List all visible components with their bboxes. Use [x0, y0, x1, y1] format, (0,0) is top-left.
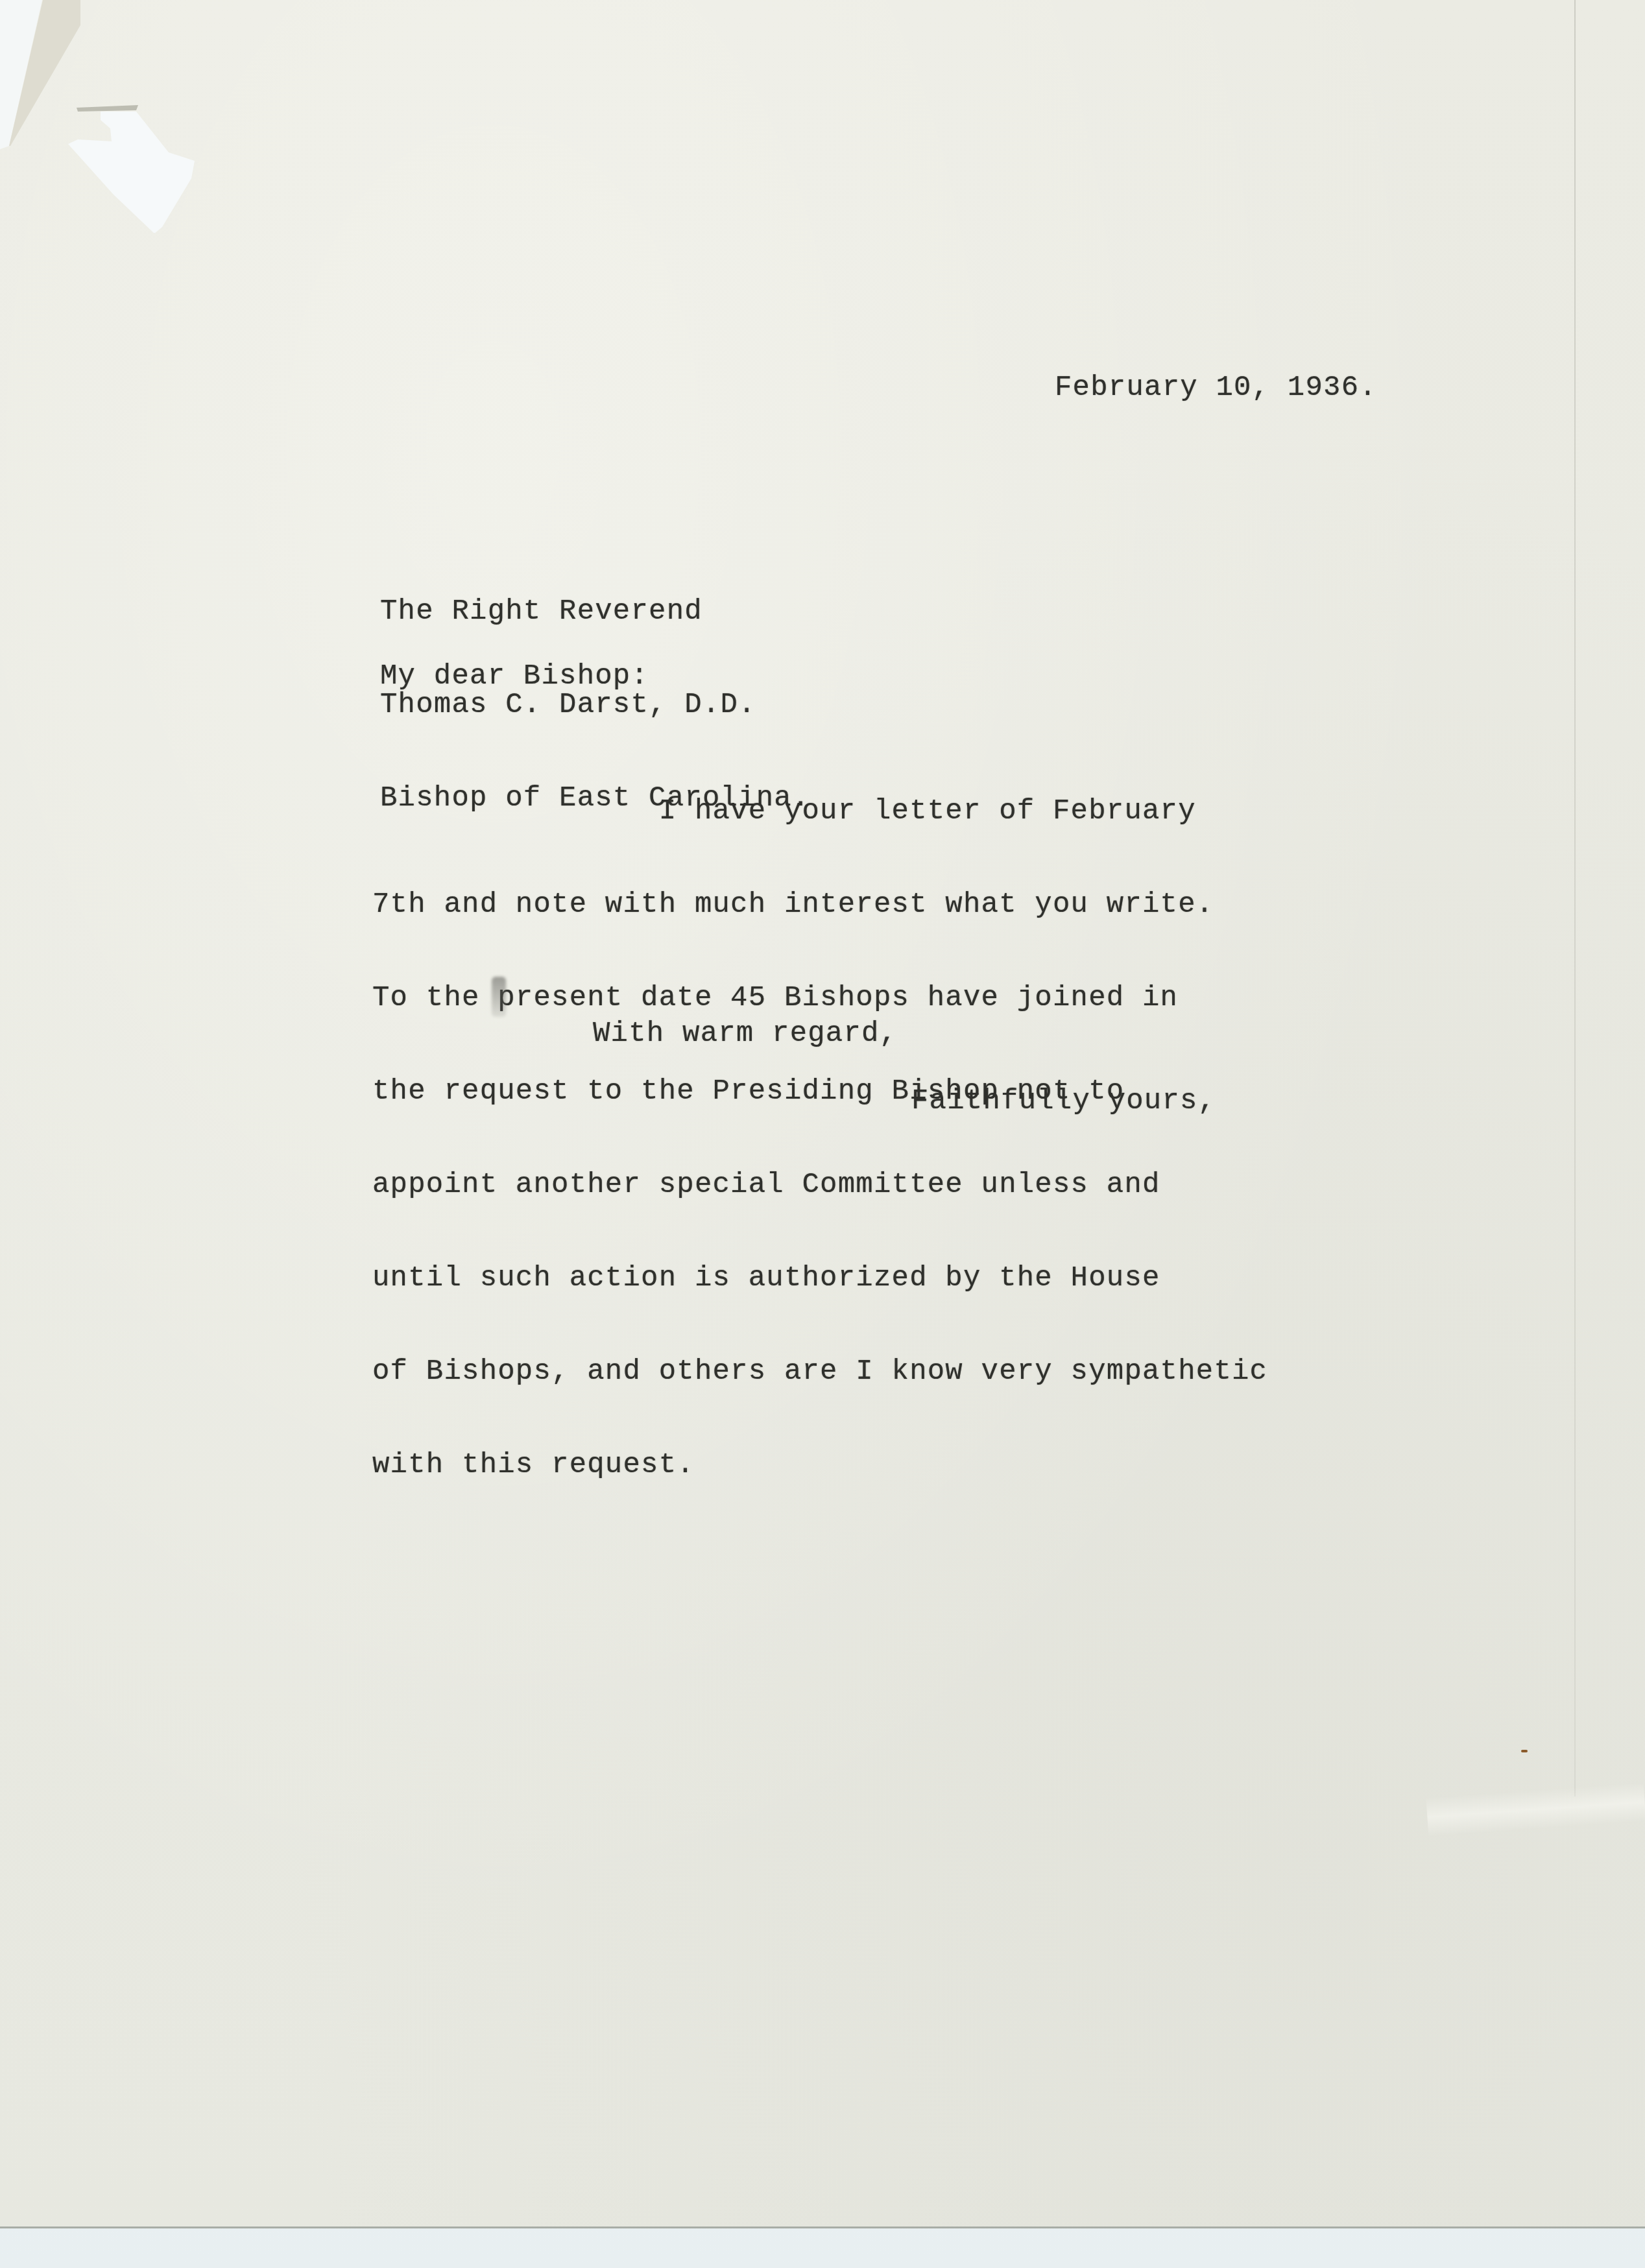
body-line: until such action is authorized by the H…: [372, 1263, 1267, 1294]
ink-smudge: [492, 977, 506, 1017]
paper-speck: [1521, 1750, 1528, 1752]
letter-date: February 10, 1936.: [1055, 372, 1377, 403]
torn-hole-rim: [77, 104, 141, 112]
recipient-title: The Right Reverend: [380, 596, 810, 627]
letter-body: I have your letter of February 7th and n…: [372, 734, 1267, 1543]
paper-fold-highlight: [1426, 1782, 1645, 1836]
torn-hole: [65, 104, 201, 233]
paper-crease: [1574, 0, 1576, 1796]
body-line: with this request.: [372, 1450, 1267, 1481]
body-line: of Bishops, and others are I know very s…: [372, 1356, 1267, 1387]
body-line: 7th and note with much interest what you…: [372, 889, 1267, 920]
salutation: My dear Bishop:: [380, 661, 649, 692]
closing-line: With warm regard,: [593, 1018, 897, 1049]
body-line: To the present date 45 Bishops have join…: [372, 983, 1267, 1014]
signoff-line: Faithfully yours,: [911, 1086, 1216, 1117]
recipient-name: Thomas C. Darst, D.D.: [380, 689, 810, 721]
body-line: appoint another special Committee unless…: [372, 1169, 1267, 1200]
letter-page: February 10, 1936. The Right Reverend Th…: [0, 0, 1645, 2228]
body-line: I have your letter of February: [372, 796, 1267, 827]
